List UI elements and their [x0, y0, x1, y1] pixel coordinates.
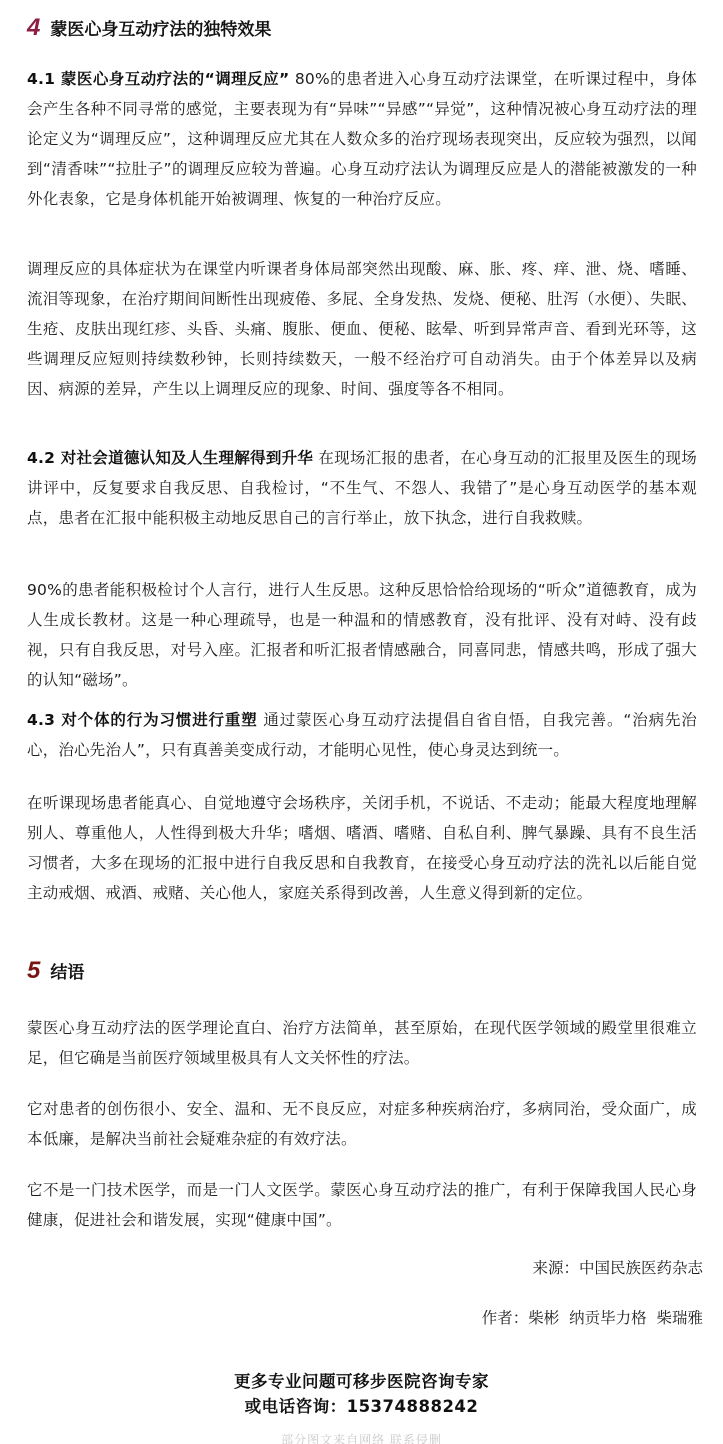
subsection-lead: 4.1 蒙医心身互动疗法的“调理反应”	[27, 70, 289, 88]
subsection-lead: 4.2 对社会道德认知及人生理解得到升华	[27, 449, 313, 467]
paragraph-text: 在听课现场患者能真心、自觉地遵守会场秩序，关闭手机，不说话、不走动；能最大程度地…	[27, 794, 697, 902]
conclusion-paragraph-1: 蒙医心身互动疗法的医学理论直白、治疗方法简单，甚至原始，在现代医学领域的殿堂里很…	[27, 1013, 697, 1073]
paragraph-text: 蒙医心身互动疗法的医学理论直白、治疗方法简单，甚至原始，在现代医学领域的殿堂里很…	[27, 1019, 697, 1067]
section-5-heading: 5 结语	[27, 957, 84, 985]
copyright-disclaimer: 部分图文来自网络 联系侵删	[0, 1431, 723, 1444]
paragraph-text: 80%的患者进入心身互动疗法课堂，在听课过程中，身体会产生各种不同寻常的感觉，主…	[27, 70, 697, 208]
conclusion-paragraph-3: 它不是一门技术医学，而是一门人文医学。蒙医心身互动疗法的推广，有利于保障我国人民…	[27, 1175, 697, 1235]
paragraph-4-1-symptoms: 调理反应的具体症状为在课堂内听课者身体局部突然出现酸、麻、胀、疼、痒、泄、烧、嗜…	[27, 254, 697, 404]
consult-prompt: 更多专业问题可移步医院咨询专家	[0, 1368, 723, 1392]
source-credit: 来源：中国民族医药杂志	[532, 1256, 703, 1278]
paragraph-text: 调理反应的具体症状为在课堂内听课者身体局部突然出现酸、麻、胀、疼、痒、泄、烧、嗜…	[27, 260, 697, 398]
section-title: 蒙医心身互动疗法的独特效果	[50, 15, 271, 40]
paragraph-4-3-behavior: 在听课现场患者能真心、自觉地遵守会场秩序，关闭手机，不说话、不走动；能最大程度地…	[27, 788, 697, 908]
author-credit: 作者：柴彬 纳贡毕力格 柴瑞雅	[482, 1306, 703, 1328]
paragraph-text: 它对患者的创伤很小、安全、温和、无不良反应，对症多种疾病治疗，多病同治，受众面广…	[27, 1100, 697, 1148]
paragraph-4-1: 4.1 蒙医心身互动疗法的“调理反应” 80%的患者进入心身互动疗法课堂，在听课…	[27, 64, 697, 214]
paragraph-text: 90%的患者能积极检讨个人言行，进行人生反思。这种反思恰恰给现场的“听众”道德教…	[27, 581, 697, 689]
section-number: 4	[27, 14, 40, 42]
section-4-heading: 4 蒙医心身互动疗法的独特效果	[27, 14, 271, 42]
phone-contact: 或电话咨询：15374888242	[0, 1393, 723, 1417]
section-title: 结语	[50, 958, 84, 983]
section-number: 5	[27, 957, 40, 985]
paragraph-4-2-reflection: 90%的患者能积极检讨个人言行，进行人生反思。这种反思恰恰给现场的“听众”道德教…	[27, 575, 697, 695]
paragraph-4-2: 4.2 对社会道德认知及人生理解得到升华 在现场汇报的患者，在心身互动的汇报里及…	[27, 443, 697, 533]
conclusion-paragraph-2: 它对患者的创伤很小、安全、温和、无不良反应，对症多种疾病治疗，多病同治，受众面广…	[27, 1094, 697, 1154]
paragraph-4-3: 4.3 对个体的行为习惯进行重塑 通过蒙医心身互动疗法提倡自省自悟，自我完善。“…	[27, 705, 697, 765]
paragraph-text: 它不是一门技术医学，而是一门人文医学。蒙医心身互动疗法的推广，有利于保障我国人民…	[27, 1181, 697, 1229]
subsection-lead: 4.3 对个体的行为习惯进行重塑	[27, 711, 258, 729]
